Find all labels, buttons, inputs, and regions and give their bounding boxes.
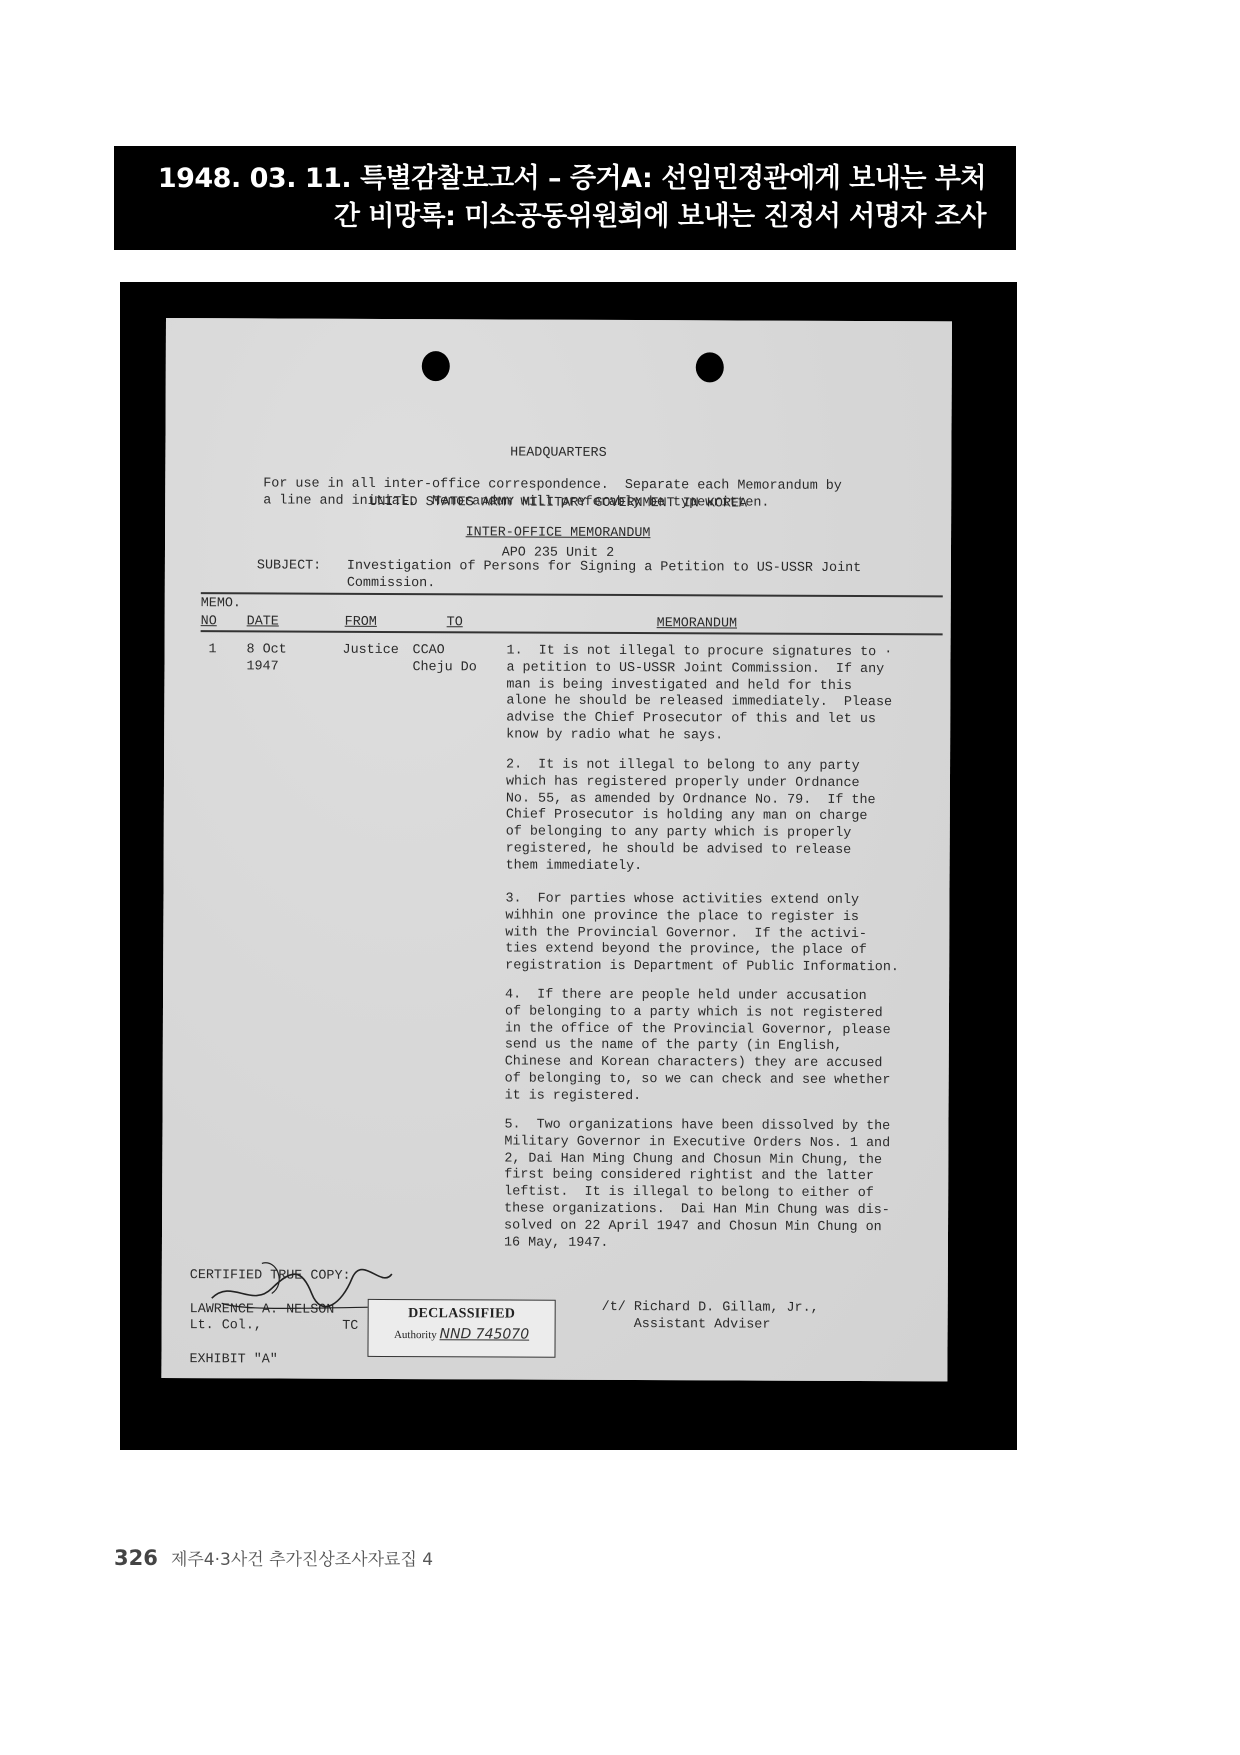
title-line-2: 간 비망록: 미소공동위원회에 보내는 진정서 서명자 조사: [114, 198, 986, 236]
stamp-authority: Authority NND 745070: [369, 1326, 555, 1343]
memo-paragraph-2: 2. It is not illegal to belong to any pa…: [506, 757, 937, 876]
entry-to: CCAO Cheju Do: [412, 643, 476, 677]
form-title: INTER-OFFICE MEMORANDUM: [165, 524, 951, 544]
stamp-authority-label: Authority: [394, 1329, 437, 1341]
column-header-memorandum: MEMORANDUM: [657, 616, 737, 633]
column-header-to: TO: [447, 615, 463, 632]
punch-hole-icon: [696, 352, 724, 382]
page-number: 326: [114, 1546, 158, 1570]
entry-date: 8 Oct 1947: [246, 642, 286, 676]
memorandum-document: HEADQUARTERS UNITED STATES ARMY MILITARY…: [161, 318, 952, 1381]
letterhead-line: HEADQUARTERS: [165, 444, 951, 464]
column-header-date: DATE: [247, 614, 279, 631]
column-header-no: NO: [201, 614, 217, 631]
memo-paragraph-3: 3. For parties whose activities extend o…: [505, 891, 935, 977]
column-header-memo-prefix: MEMO.: [201, 596, 241, 613]
subject-label: SUBJECT:: [257, 558, 321, 575]
entry-from: Justice: [343, 643, 399, 660]
entry-no: 1: [209, 642, 217, 659]
form-instructions: For use in all inter-office corresponden…: [263, 476, 842, 512]
memo-paragraph-4: 4. If there are people held under accusa…: [505, 987, 936, 1106]
signoff-block: /t/ Richard D. Gillam, Jr., Assistant Ad…: [602, 1300, 819, 1335]
memo-paragraph-5: 5. Two organizations have been dissolved…: [504, 1117, 935, 1253]
subject-text: Investigation of Persons for Signing a P…: [347, 559, 907, 595]
stamp-authority-value: NND 745070: [439, 1326, 529, 1342]
declassified-stamp: DECLASSIFIED Authority NND 745070: [367, 1299, 555, 1358]
stamp-title: DECLASSIFIED: [369, 1306, 555, 1323]
book-title: 제주4·3사건 추가진상조사자료집 4: [171, 1550, 433, 1570]
memo-paragraph-1: 1. It is not illegal to procure signatur…: [506, 643, 936, 746]
punch-hole-icon: [422, 351, 450, 381]
column-header-from: FROM: [345, 615, 377, 632]
divider: [201, 630, 943, 635]
page-title-banner: 1948. 03. 11. 특별감찰보고서 – 증거A: 선임민정관에게 보내는…: [114, 146, 1016, 250]
title-line-1: 1948. 03. 11. 특별감찰보고서 – 증거A: 선임민정관에게 보내는…: [114, 160, 986, 198]
page-footer: 326 제주4·3사건 추가진상조사자료집 4: [114, 1545, 433, 1570]
